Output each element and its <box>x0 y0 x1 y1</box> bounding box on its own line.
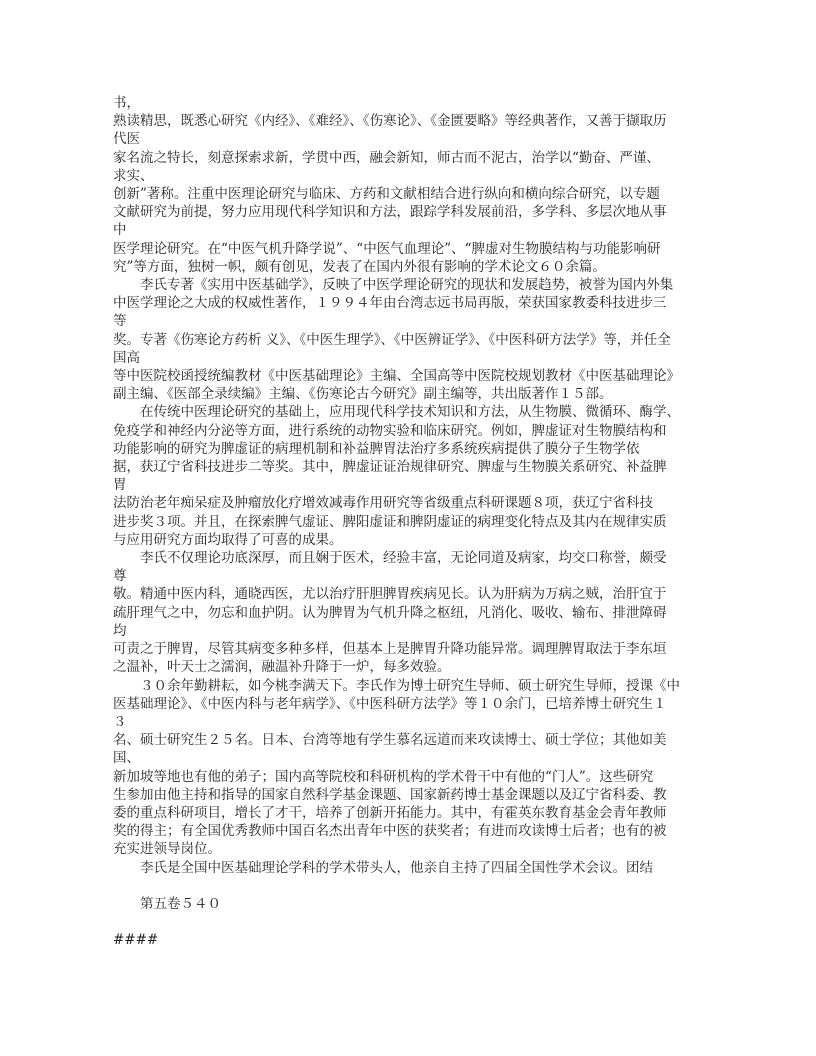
text-line: 与应用研究方面均取得了可喜的成果。 <box>113 531 713 549</box>
text-line: 名、硕士研究生２５名。日本、台湾等地有学生慕名远道而来攻读博士、硕士学位；其他如… <box>113 731 713 749</box>
text-line: 书， <box>113 94 713 112</box>
text-line: 究”等方面，独树一帜，颇有创见，发表了在国内外很有影响的学术论文６０余篇。 <box>113 258 713 276</box>
text-line: 中医学理论之大成的权威性著作，１９９４年由台湾志远书局再版，荣获国家教委科技进步… <box>113 294 713 312</box>
text-line: 代医 <box>113 130 713 148</box>
text-line: 新加坡等地也有他的弟子；国内高等院校和科研机构的学术骨干中有他的“门人”。这些研… <box>113 768 713 786</box>
text-line: 家名流之特长，刻意探索求新，学贯中西，融会新知，师古而不泥古，治学以“勤奋、严谨… <box>113 149 713 167</box>
text-line: 敬。精通中医内科，通晓西医，尤以治疗肝胆脾胃疾病见长。认为肝病为万病之贼，治肝宜… <box>113 585 713 603</box>
text-line: 等中医院校函授统编教材《中医基础理论》主编、全国高等中医院校规划教材《中医基础理… <box>113 367 713 385</box>
document-text: 书，熟读精思，既悉心研究《内经》、《难经》、《伤寒论》、《金匮要略》等经典著作，… <box>113 94 713 950</box>
text-line: 熟读精思，既悉心研究《内经》、《难经》、《伤寒论》、《金匮要略》等经典著作，又善… <box>113 112 713 130</box>
text-line: 李氏不仅理论功底深厚，而且娴于医术，经验丰富，无论同道及病家，均交口称誉，颇受 <box>113 549 713 567</box>
text-line: 国、 <box>113 749 713 767</box>
text-line: 尊 <box>113 567 713 585</box>
text-line: 胃 <box>113 476 713 494</box>
text-line: 国高 <box>113 349 713 367</box>
text-line: 奖的得主；有全国优秀教师中国百名杰出青年中医的获奖者；有进而攻读博士后者；也有的… <box>113 822 713 840</box>
text-line <box>113 913 713 931</box>
text-line: 医基础理论》、《中医内科与老年病学》、《中医科研方法学》等１０余门，已培养博士研… <box>113 695 713 713</box>
text-line: 据，获辽宁省科技进步二等奖。其中，脾虚证证治规律研究、脾虚与生物膜关系研究、补益… <box>113 458 713 476</box>
text-line: #### <box>113 931 713 949</box>
text-line: 医学理论研究。在“中医气机升降学说”、“中医气血理论”、“脾虚对生物膜结构与功能… <box>113 240 713 258</box>
document-page: 书，熟读精思，既悉心研究《内经》、《难经》、《伤寒论》、《金匮要略》等经典著作，… <box>0 0 816 1056</box>
text-line: 创新”著称。注重中医理论研究与临床、方药和文献相结合进行纵向和横向综合研究，以专… <box>113 185 713 203</box>
text-line: 法防治老年痴呆症及肿瘤放化疗增效减毒作用研究等省级重点科研课题８项，获辽宁省科技 <box>113 494 713 512</box>
text-line: 委的重点科研项目，增长了才干，培养了创新开拓能力。其中，有霍英东教育基金会青年教… <box>113 804 713 822</box>
text-line: 可责之于脾胃，尽管其病变多种多样，但基本上是脾胃升降功能异常。调理脾胃取法于李东… <box>113 640 713 658</box>
text-line: 免疫学和神经内分泌等方面，进行系统的动物实验和临床研究。例如，脾虚证对生物膜结构… <box>113 422 713 440</box>
text-line: 第五卷５４０ <box>113 895 713 913</box>
text-line: 功能影响的研究为脾虚证的病理机制和补益脾胃法治疗多系统疾病提供了膜分子生物学依 <box>113 440 713 458</box>
text-line: 文献研究为前提，努力应用现代科学知识和方法，跟踪学科发展前沿，多学科、多层次地从… <box>113 203 713 221</box>
text-line <box>113 877 713 895</box>
text-line: 李氏是全国中医基础理论学科的学术带头人，他亲自主持了四届全国性学术会议。团结 <box>113 859 713 877</box>
text-line: 等 <box>113 312 713 330</box>
text-line: 疏肝理气之中，勿忘和血护阴。认为脾胃为气机升降之枢纽，凡消化、吸收、输布、排泄障… <box>113 604 713 622</box>
text-line: 奖。专著《伤寒论方药析 义》、《中医生理学》、《中医辨证学》、《中医科研方法学》… <box>113 331 713 349</box>
text-line: 生参加由他主持和指导的国家自然科学基金课题、国家新药博士基金课题以及辽宁省科委、… <box>113 786 713 804</box>
text-line: 李氏专著《实用中医基础学》，反映了中医学理论研究的现状和发展趋势，被誉为国内外集 <box>113 276 713 294</box>
text-line: 在传统中医理论研究的基础上，应用现代科学技术知识和方法，从生物膜、微循环、酶学、 <box>113 403 713 421</box>
text-line: 充实进领导岗位。 <box>113 840 713 858</box>
text-line: ３ <box>113 713 713 731</box>
text-line: 进步奖３项。并且，在探索脾气虚证、脾阳虚证和脾阴虚证的病理变化特点及其内在规律实… <box>113 513 713 531</box>
text-line: 副主编、《医部全录续编》主编、《伤寒论古今研究》副主编等，共出版著作１５部。 <box>113 385 713 403</box>
text-line: 之温补，叶天士之濡润，融温补升降于一炉，每多效验。 <box>113 658 713 676</box>
text-line: 均 <box>113 622 713 640</box>
text-line: 求实、 <box>113 167 713 185</box>
text-line: ３０余年勤耕耘，如今桃李满天下。李氏作为博士研究生导师、硕士研究生导师，授课《中 <box>113 677 713 695</box>
text-line: 中 <box>113 221 713 239</box>
